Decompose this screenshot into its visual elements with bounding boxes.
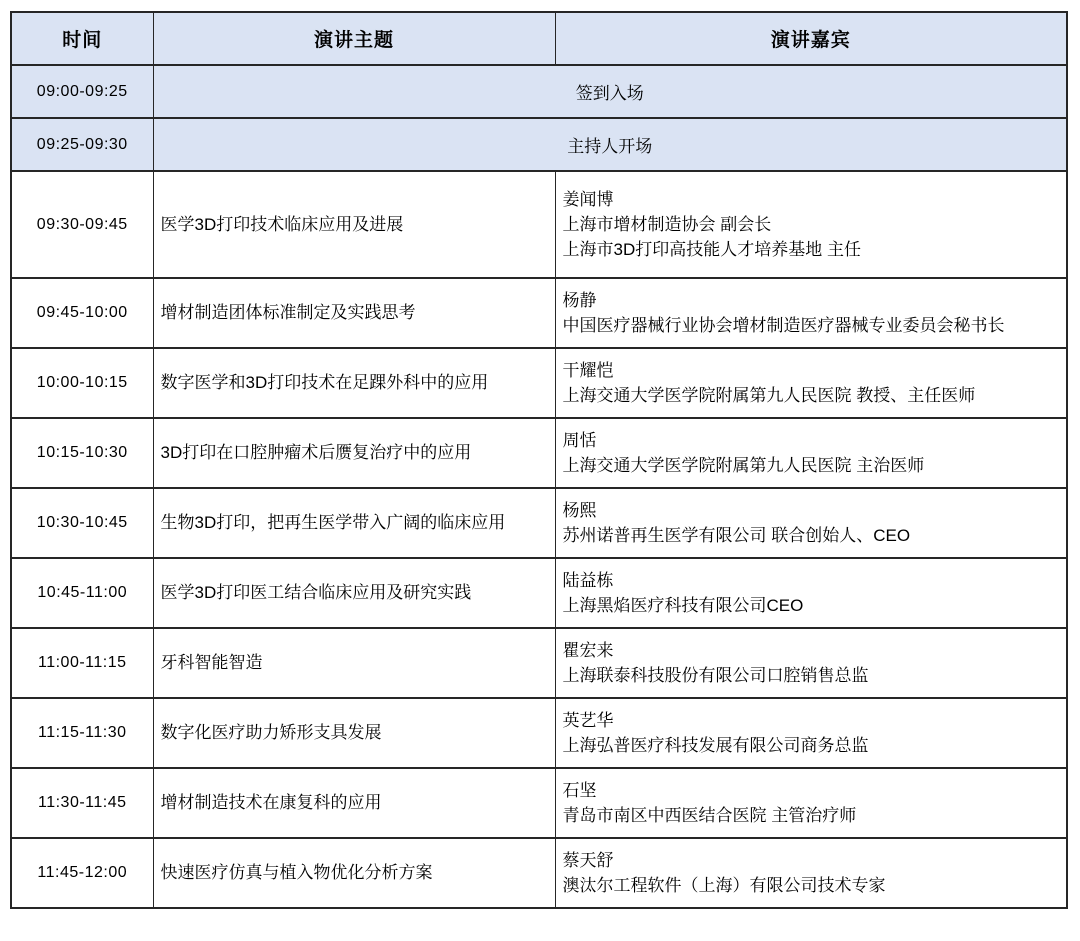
page: 时间 演讲主题 演讲嘉宾 09:00-09:25 签到入场 09:25-09:3…: [0, 0, 1080, 941]
topic-cell: 增材制造团体标准制定及实践思考: [153, 278, 555, 348]
topic-cell: 生物3D打印，把再生医学带入广阔的临床应用: [153, 488, 555, 558]
guest-name: 周恬: [563, 428, 1059, 453]
table-row-host-opening: 09:25-09:30 主持人开场: [11, 118, 1067, 171]
topic-cell: 医学3D打印医工结合临床应用及研究实践: [153, 558, 555, 628]
time-cell: 09:00-09:25: [11, 65, 153, 118]
header-guest: 演讲嘉宾: [555, 12, 1067, 65]
guest-affiliation: 上海市3D打印高技能人才培养基地 主任: [563, 237, 1059, 262]
guest-cell: 姜闻博上海市增材制造协会 副会长上海市3D打印高技能人才培养基地 主任: [555, 171, 1067, 278]
table-row: 10:00-10:15 数字医学和3D打印技术在足踝外科中的应用 干耀恺上海交通…: [11, 348, 1067, 418]
guest-affiliation: 上海联泰科技股份有限公司口腔销售总监: [563, 663, 1059, 688]
guest-cell: 英艺华上海弘普医疗科技发展有限公司商务总监: [555, 698, 1067, 768]
guest-cell: 陆益栋上海黑焰医疗科技有限公司CEO: [555, 558, 1067, 628]
guest-cell: 周恬上海交通大学医学院附属第九人民医院 主治医师: [555, 418, 1067, 488]
guest-name: 石坚: [563, 778, 1059, 803]
time-cell: 09:45-10:00: [11, 278, 153, 348]
guest-cell: 杨熙苏州诺普再生医学有限公司 联合创始人、CEO: [555, 488, 1067, 558]
guest-name: 瞿宏来: [563, 638, 1059, 663]
guest-affiliation: 上海黑焰医疗科技有限公司CEO: [563, 593, 1059, 618]
topic-cell: 数字医学和3D打印技术在足踝外科中的应用: [153, 348, 555, 418]
time-cell: 10:30-10:45: [11, 488, 153, 558]
guest-name: 陆益栋: [563, 568, 1059, 593]
merged-label-cell: 签到入场: [153, 65, 1067, 118]
table-row: 11:00-11:15 牙科智能智造 瞿宏来上海联泰科技股份有限公司口腔销售总监: [11, 628, 1067, 698]
guest-affiliation: 澳汰尔工程软件（上海）有限公司技术专家: [563, 873, 1059, 898]
guest-affiliation: 上海交通大学医学院附属第九人民医院 主治医师: [563, 453, 1059, 478]
merged-label-cell: 主持人开场: [153, 118, 1067, 171]
table-row: 10:45-11:00 医学3D打印医工结合临床应用及研究实践 陆益栋上海黑焰医…: [11, 558, 1067, 628]
table-row: 11:45-12:00 快速医疗仿真与植入物优化分析方案 蔡天舒澳汰尔工程软件（…: [11, 838, 1067, 908]
topic-cell: 3D打印在口腔肿瘤术后赝复治疗中的应用: [153, 418, 555, 488]
guest-affiliation: 上海市增材制造协会 副会长: [563, 212, 1059, 237]
table-row: 11:30-11:45 增材制造技术在康复科的应用 石坚青岛市南区中西医结合医院…: [11, 768, 1067, 838]
guest-cell: 石坚青岛市南区中西医结合医院 主管治疗师: [555, 768, 1067, 838]
guest-cell: 杨静中国医疗器械行业协会增材制造医疗器械专业委员会秘书长: [555, 278, 1067, 348]
guest-affiliation: 苏州诺普再生医学有限公司 联合创始人、CEO: [563, 523, 1059, 548]
time-cell: 11:45-12:00: [11, 838, 153, 908]
guest-name: 英艺华: [563, 708, 1059, 733]
topic-cell: 快速医疗仿真与植入物优化分析方案: [153, 838, 555, 908]
topic-cell: 数字化医疗助力矫形支具发展: [153, 698, 555, 768]
guest-affiliation: 中国医疗器械行业协会增材制造医疗器械专业委员会秘书长: [563, 313, 1059, 338]
guest-affiliation: 上海交通大学医学院附属第九人民医院 教授、主任医师: [563, 383, 1059, 408]
table-row: 10:15-10:30 3D打印在口腔肿瘤术后赝复治疗中的应用 周恬上海交通大学…: [11, 418, 1067, 488]
table-row: 09:30-09:45 医学3D打印技术临床应用及进展 姜闻博上海市增材制造协会…: [11, 171, 1067, 278]
topic-cell: 牙科智能智造: [153, 628, 555, 698]
guest-cell: 瞿宏来上海联泰科技股份有限公司口腔销售总监: [555, 628, 1067, 698]
table-row-signin: 09:00-09:25 签到入场: [11, 65, 1067, 118]
guest-cell: 蔡天舒澳汰尔工程软件（上海）有限公司技术专家: [555, 838, 1067, 908]
time-cell: 11:30-11:45: [11, 768, 153, 838]
guest-name: 蔡天舒: [563, 848, 1059, 873]
table-row: 09:45-10:00 增材制造团体标准制定及实践思考 杨静中国医疗器械行业协会…: [11, 278, 1067, 348]
header-time: 时间: [11, 12, 153, 65]
guest-cell: 干耀恺上海交通大学医学院附属第九人民医院 教授、主任医师: [555, 348, 1067, 418]
schedule-table: 时间 演讲主题 演讲嘉宾 09:00-09:25 签到入场 09:25-09:3…: [10, 11, 1068, 909]
table-row: 10:30-10:45 生物3D打印，把再生医学带入广阔的临床应用 杨熙苏州诺普…: [11, 488, 1067, 558]
time-cell: 09:25-09:30: [11, 118, 153, 171]
topic-cell: 医学3D打印技术临床应用及进展: [153, 171, 555, 278]
guest-name: 干耀恺: [563, 358, 1059, 383]
time-cell: 10:15-10:30: [11, 418, 153, 488]
guest-name: 姜闻博: [563, 187, 1059, 212]
time-cell: 11:15-11:30: [11, 698, 153, 768]
header-topic: 演讲主题: [153, 12, 555, 65]
table-row: 11:15-11:30 数字化医疗助力矫形支具发展 英艺华上海弘普医疗科技发展有…: [11, 698, 1067, 768]
guest-name: 杨静: [563, 288, 1059, 313]
time-cell: 10:45-11:00: [11, 558, 153, 628]
time-cell: 10:00-10:15: [11, 348, 153, 418]
header-row: 时间 演讲主题 演讲嘉宾: [11, 12, 1067, 65]
time-cell: 11:00-11:15: [11, 628, 153, 698]
guest-affiliation: 上海弘普医疗科技发展有限公司商务总监: [563, 733, 1059, 758]
guest-name: 杨熙: [563, 498, 1059, 523]
time-cell: 09:30-09:45: [11, 171, 153, 278]
guest-affiliation: 青岛市南区中西医结合医院 主管治疗师: [563, 803, 1059, 828]
topic-cell: 增材制造技术在康复科的应用: [153, 768, 555, 838]
